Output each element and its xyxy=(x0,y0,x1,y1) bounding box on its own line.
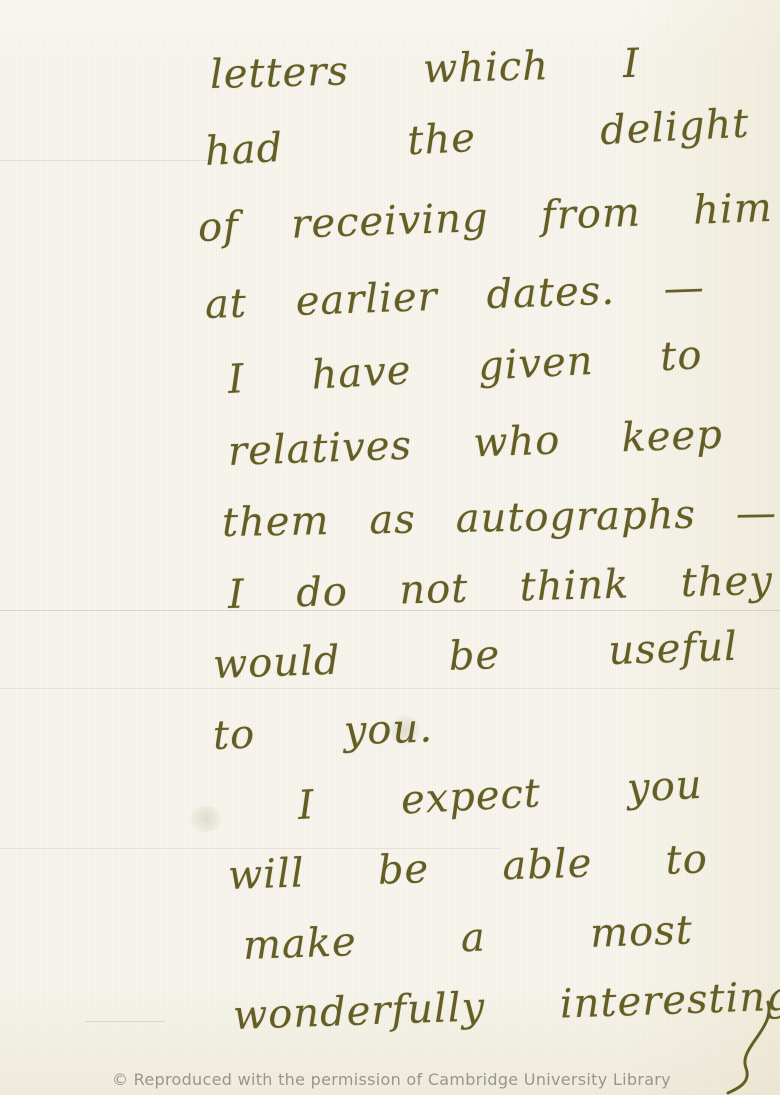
handwritten-line-8: I do not think they xyxy=(227,561,773,615)
handwritten-line-4: at earlier dates. — xyxy=(204,268,705,325)
ink-flourish xyxy=(716,1000,780,1095)
handwritten-line-5: I have given to xyxy=(227,335,703,400)
scanned-letter-page: letters which I had the delight of recei… xyxy=(0,0,780,1095)
handwritten-line-6: relatives who keep xyxy=(227,415,723,472)
scan-artifact-line xyxy=(0,688,780,689)
handwritten-line-9: would be useful xyxy=(212,627,738,685)
handwritten-line-7: them as autographs — xyxy=(222,493,778,543)
handwritten-line-13: make a most xyxy=(242,910,693,966)
paper-smudge xyxy=(188,806,224,832)
handwritten-line-11: I expect you xyxy=(297,765,704,826)
copyright-credit: © Reproduced with the permission of Camb… xyxy=(112,1070,671,1089)
handwritten-line-1: letters which I xyxy=(209,44,640,95)
handwritten-line-3: of receiving from him xyxy=(197,188,773,248)
handwritten-line-10: to you. xyxy=(212,708,433,756)
handwritten-line-14: wonderfully interesting xyxy=(232,976,780,1036)
scan-artifact-line xyxy=(0,160,210,161)
scan-artifact-line xyxy=(85,1021,165,1022)
handwritten-line-2: had the delight xyxy=(204,104,750,172)
